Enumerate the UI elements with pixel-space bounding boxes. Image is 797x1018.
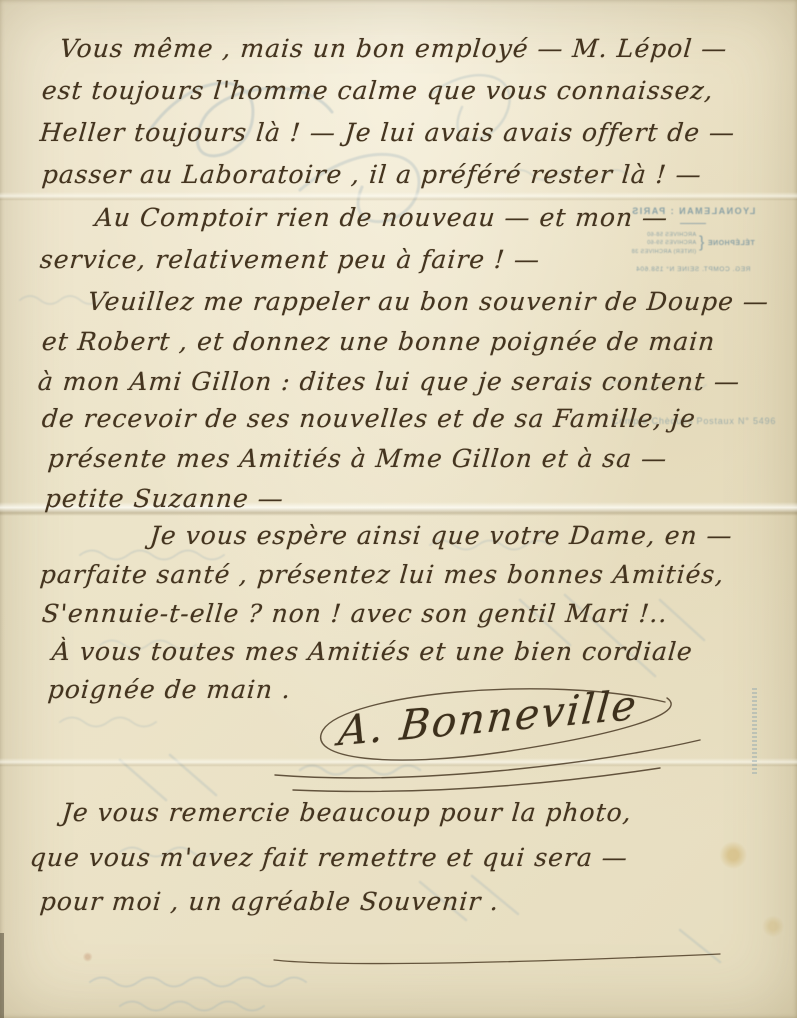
closing-pen-rule <box>268 950 728 970</box>
letter-line-4: passer au Laboratoire , il a préféré res… <box>41 160 703 189</box>
letter-line-8: et Robert , et donnez une bonne poignée … <box>41 327 717 356</box>
edge-microprint-strip <box>752 688 757 776</box>
letter-line-5: Au Comptoir rien de nouveau — et mon — <box>94 203 670 232</box>
telephone-brace: { <box>699 235 704 251</box>
letter-line-11: présente mes Amitiés à Mme Gillon et à s… <box>47 444 669 473</box>
showthrough-telephone-label: TÉLÉPHONE <box>707 240 754 247</box>
letterhead-divider-rule <box>680 223 706 224</box>
letter-line-15: S'ennuie-t-elle ? non ! avec son gentil … <box>41 599 669 628</box>
letter-line-10: de recevoir de ses nouvelles et de sa Fa… <box>41 404 697 433</box>
postscript-line-3: pour moi , un agréable Souvenir . <box>39 887 501 916</box>
letter-line-12: petite Suzanne — <box>44 484 285 513</box>
letter-line-16: À vous toutes mes Amitiés et une bien co… <box>51 637 694 666</box>
scan-edge-sliver <box>0 933 4 1018</box>
letter-line-2: est toujours l'homme calme que vous conn… <box>41 76 715 105</box>
letter-line-13: Je vous espère ainsi que votre Dame, en … <box>149 521 734 550</box>
showthrough-telephone-numbers: ARCHIVES 58-60 ARCHIVES 59-60 (INTER) AR… <box>631 231 696 256</box>
letter-line-14: parfaite santé , présentez lui mes bonne… <box>39 560 726 589</box>
letter-line-6: service, relativement peu à faire ! — <box>39 245 542 274</box>
postscript-line-1: Je vous remercie beaucoup pour la photo, <box>61 798 633 827</box>
letter-scan-page: LYONALEMAN : PARIS TÉLÉPHONE { ARCHIVES … <box>0 0 797 1018</box>
showthrough-registry-line: REG. COMPT. SEINE N° 158.604 <box>595 266 791 273</box>
letter-line-9: à mon Ami Gillon : dites lui que je sera… <box>37 367 742 396</box>
postscript-line-2: que vous m'avez fait remettre et qui ser… <box>29 843 629 872</box>
letter-line-1: Vous même , mais un bon employé — M. Lép… <box>59 34 729 63</box>
letter-line-7: Veuillez me rappeler au bon souvenir de … <box>87 287 771 316</box>
letter-line-3: Heller toujours là ! — Je lui avais avai… <box>39 118 737 147</box>
